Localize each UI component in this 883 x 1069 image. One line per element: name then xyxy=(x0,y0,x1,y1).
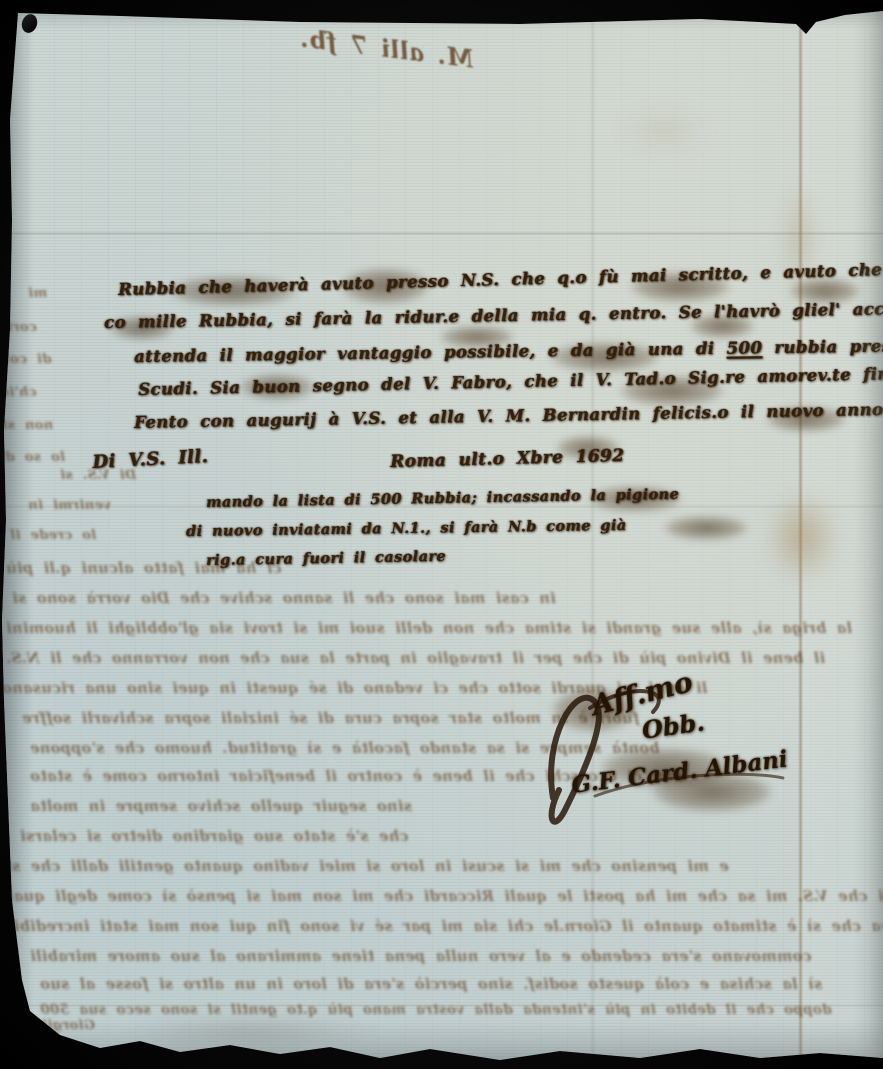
bleedthrough-line: che s'è stato suo giardino dietro si cel… xyxy=(20,828,408,845)
postscript-line-3: rig.a cura fuori il casolare xyxy=(206,548,446,569)
bleedthrough-line: doppo che il debito in più s'intenda dal… xyxy=(40,1002,832,1018)
bleedthrough-line: mi xyxy=(28,286,47,301)
manuscript-scan: M. alli 7 fb. mi corir di con ch'io non … xyxy=(0,0,883,1069)
bleedthrough-line: ch'io xyxy=(0,385,36,400)
bleedthrough-line: la briga sì, alle sue grandi si stima ch… xyxy=(6,620,852,637)
bleedthrough-line: non si xyxy=(2,418,53,433)
bleedthrough-line: corir xyxy=(0,320,37,335)
ink-blot xyxy=(664,516,748,540)
bleedthrough-line: il bene il Divino più di che per il trav… xyxy=(6,650,825,667)
handwritten-line-4: Scudi. Sia buon segno del V. Fabro, che … xyxy=(138,359,883,399)
bleedthrough-header: M. alli 7 fb. xyxy=(299,24,475,74)
letter-paper-sheet: M. alli 7 fb. mi corir di con ch'io non … xyxy=(0,0,883,1069)
folded-right-panel xyxy=(803,0,883,1069)
line3-text-b: rubbia presso li due xyxy=(762,335,883,357)
bleedthrough-line: di con xyxy=(0,352,51,367)
handwritten-line-5: Fento con augurij à V.S. et alla V. M. B… xyxy=(134,398,883,432)
horizontal-fold-crease xyxy=(0,232,883,235)
amount-500: 500 xyxy=(727,338,763,357)
postscript-line-2: di nuovo inviatami da N.1., si farà N.b … xyxy=(186,517,627,540)
bleedthrough-line: sino seguir quello schivo sempre in molt… xyxy=(30,798,412,815)
bleedthrough-line: giova che sì è stimato quanto il Giorn.l… xyxy=(2,918,883,935)
bleedthrough-line: commovano s'era cedendo e al vero nulla … xyxy=(30,948,811,965)
foxing-spot xyxy=(620,110,710,150)
ps1-text-a: mando la lista di xyxy=(206,491,371,511)
handwritten-line-1: Rubbia che haverà avuto presso N.S. che … xyxy=(118,253,883,299)
handwritten-line-3: attenda il maggior vantaggio possibile, … xyxy=(134,334,883,366)
vertical-chain-crease xyxy=(590,0,595,1069)
vertical-fold-crease xyxy=(798,0,803,1069)
bleedthrough-line: lo so di xyxy=(0,450,65,465)
ps1-amount-500: 500 xyxy=(370,491,402,509)
bottom-grime-stain xyxy=(120,1015,380,1049)
bleedthrough-line: Giorgij Ill.o xyxy=(2,1018,95,1033)
line3-text-a: attenda il maggior vantaggio possibile, … xyxy=(134,339,727,366)
paper-hole xyxy=(19,12,39,35)
bleedthrough-line: lo crede il xyxy=(10,528,96,543)
bleedthrough-line: venirmi in xyxy=(28,498,111,513)
salutation: Di V.S. Ill. xyxy=(92,446,209,473)
bleedthrough-line: e mi pensino che mi si scusi in loro si … xyxy=(6,858,729,875)
bleedthrough-line: sì la schisa e colà questo sodisf. sino … xyxy=(40,976,822,993)
bleedthrough-line: di che V.S. mi sa che mi ha posti le qua… xyxy=(2,888,883,905)
bleedthrough-line: in casi mai sono che li sanno schive che… xyxy=(12,590,556,607)
handwritten-line-2: co mille Rubbia, si farà la ridur.e dell… xyxy=(104,296,883,332)
